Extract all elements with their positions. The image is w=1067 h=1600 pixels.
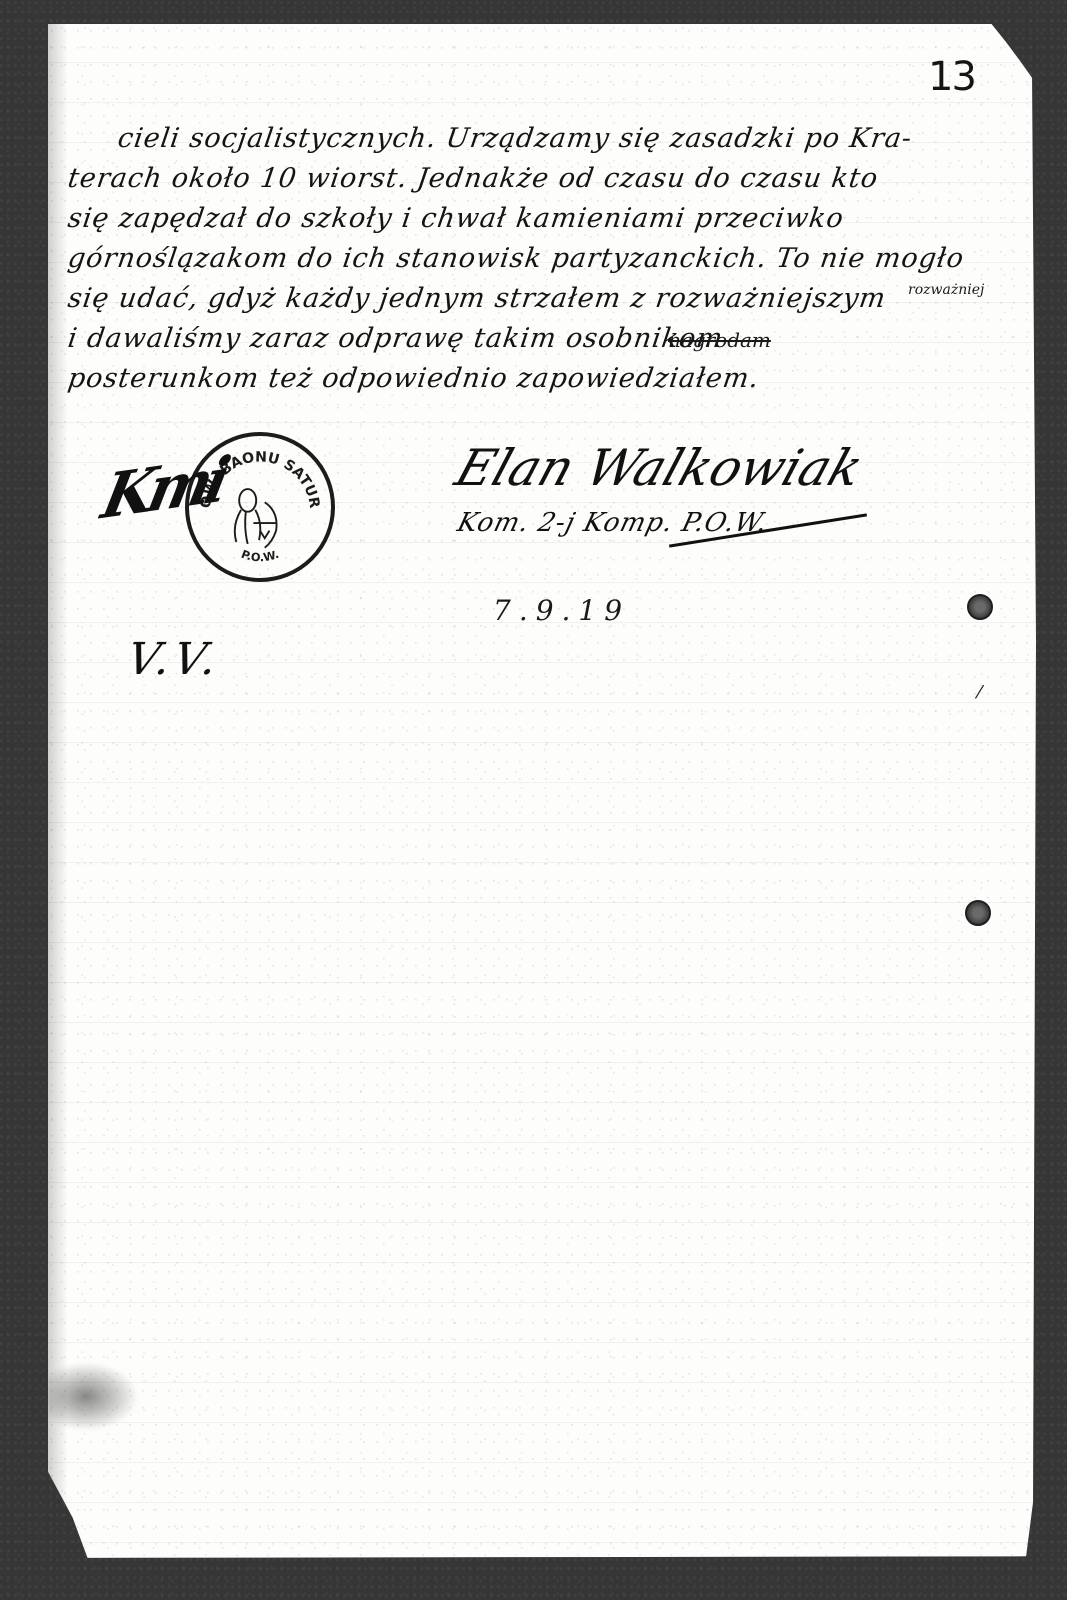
- eagle-icon: [235, 489, 277, 548]
- stamp-bottom-text: P.O.W.: [239, 547, 280, 565]
- struck-through-word: nagrodam: [668, 328, 771, 352]
- body-line-6: i dawaliśmy zaraz odprawę takim osobniko…: [65, 319, 1031, 359]
- body-line-1: cieli socjalistycznych. Urządzamy się za…: [65, 119, 1031, 159]
- document-page: 13 cieli socjalistycznych. Urządzamy się…: [48, 24, 1036, 1564]
- body-line-3: się zapędzał do szkoły i chwał kamieniam…: [65, 199, 1031, 239]
- punch-hole-icon: [967, 594, 993, 620]
- handwritten-insertion: rozważniej: [908, 282, 984, 298]
- handwritten-initials: V.V.: [124, 634, 225, 685]
- body-line-4: górnoślązakom do ich stanowisk partyzanc…: [65, 239, 1031, 279]
- document-date: 7.9.19: [493, 594, 630, 627]
- signer-title: Kom. 2-j Komp. P.O.W.: [454, 508, 771, 538]
- signer-name-signature: Elan Walkowiak: [449, 439, 870, 497]
- punch-hole-icon: [965, 900, 991, 926]
- body-line-7: posterunkom też odpowiednio zapowiedział…: [65, 359, 1031, 399]
- page-number: 13: [928, 54, 975, 100]
- stray-pen-mark: ⁄: [978, 682, 981, 703]
- letter-body: cieli socjalistycznych. Urządzamy się za…: [68, 119, 1028, 399]
- body-line-2: terach około 10 wiorst. Jednakże od czas…: [65, 159, 1031, 199]
- body-line-5: się udać, gdyż każdy jednym strzałem z r…: [65, 279, 1031, 319]
- ink-smudge: [48, 1359, 143, 1434]
